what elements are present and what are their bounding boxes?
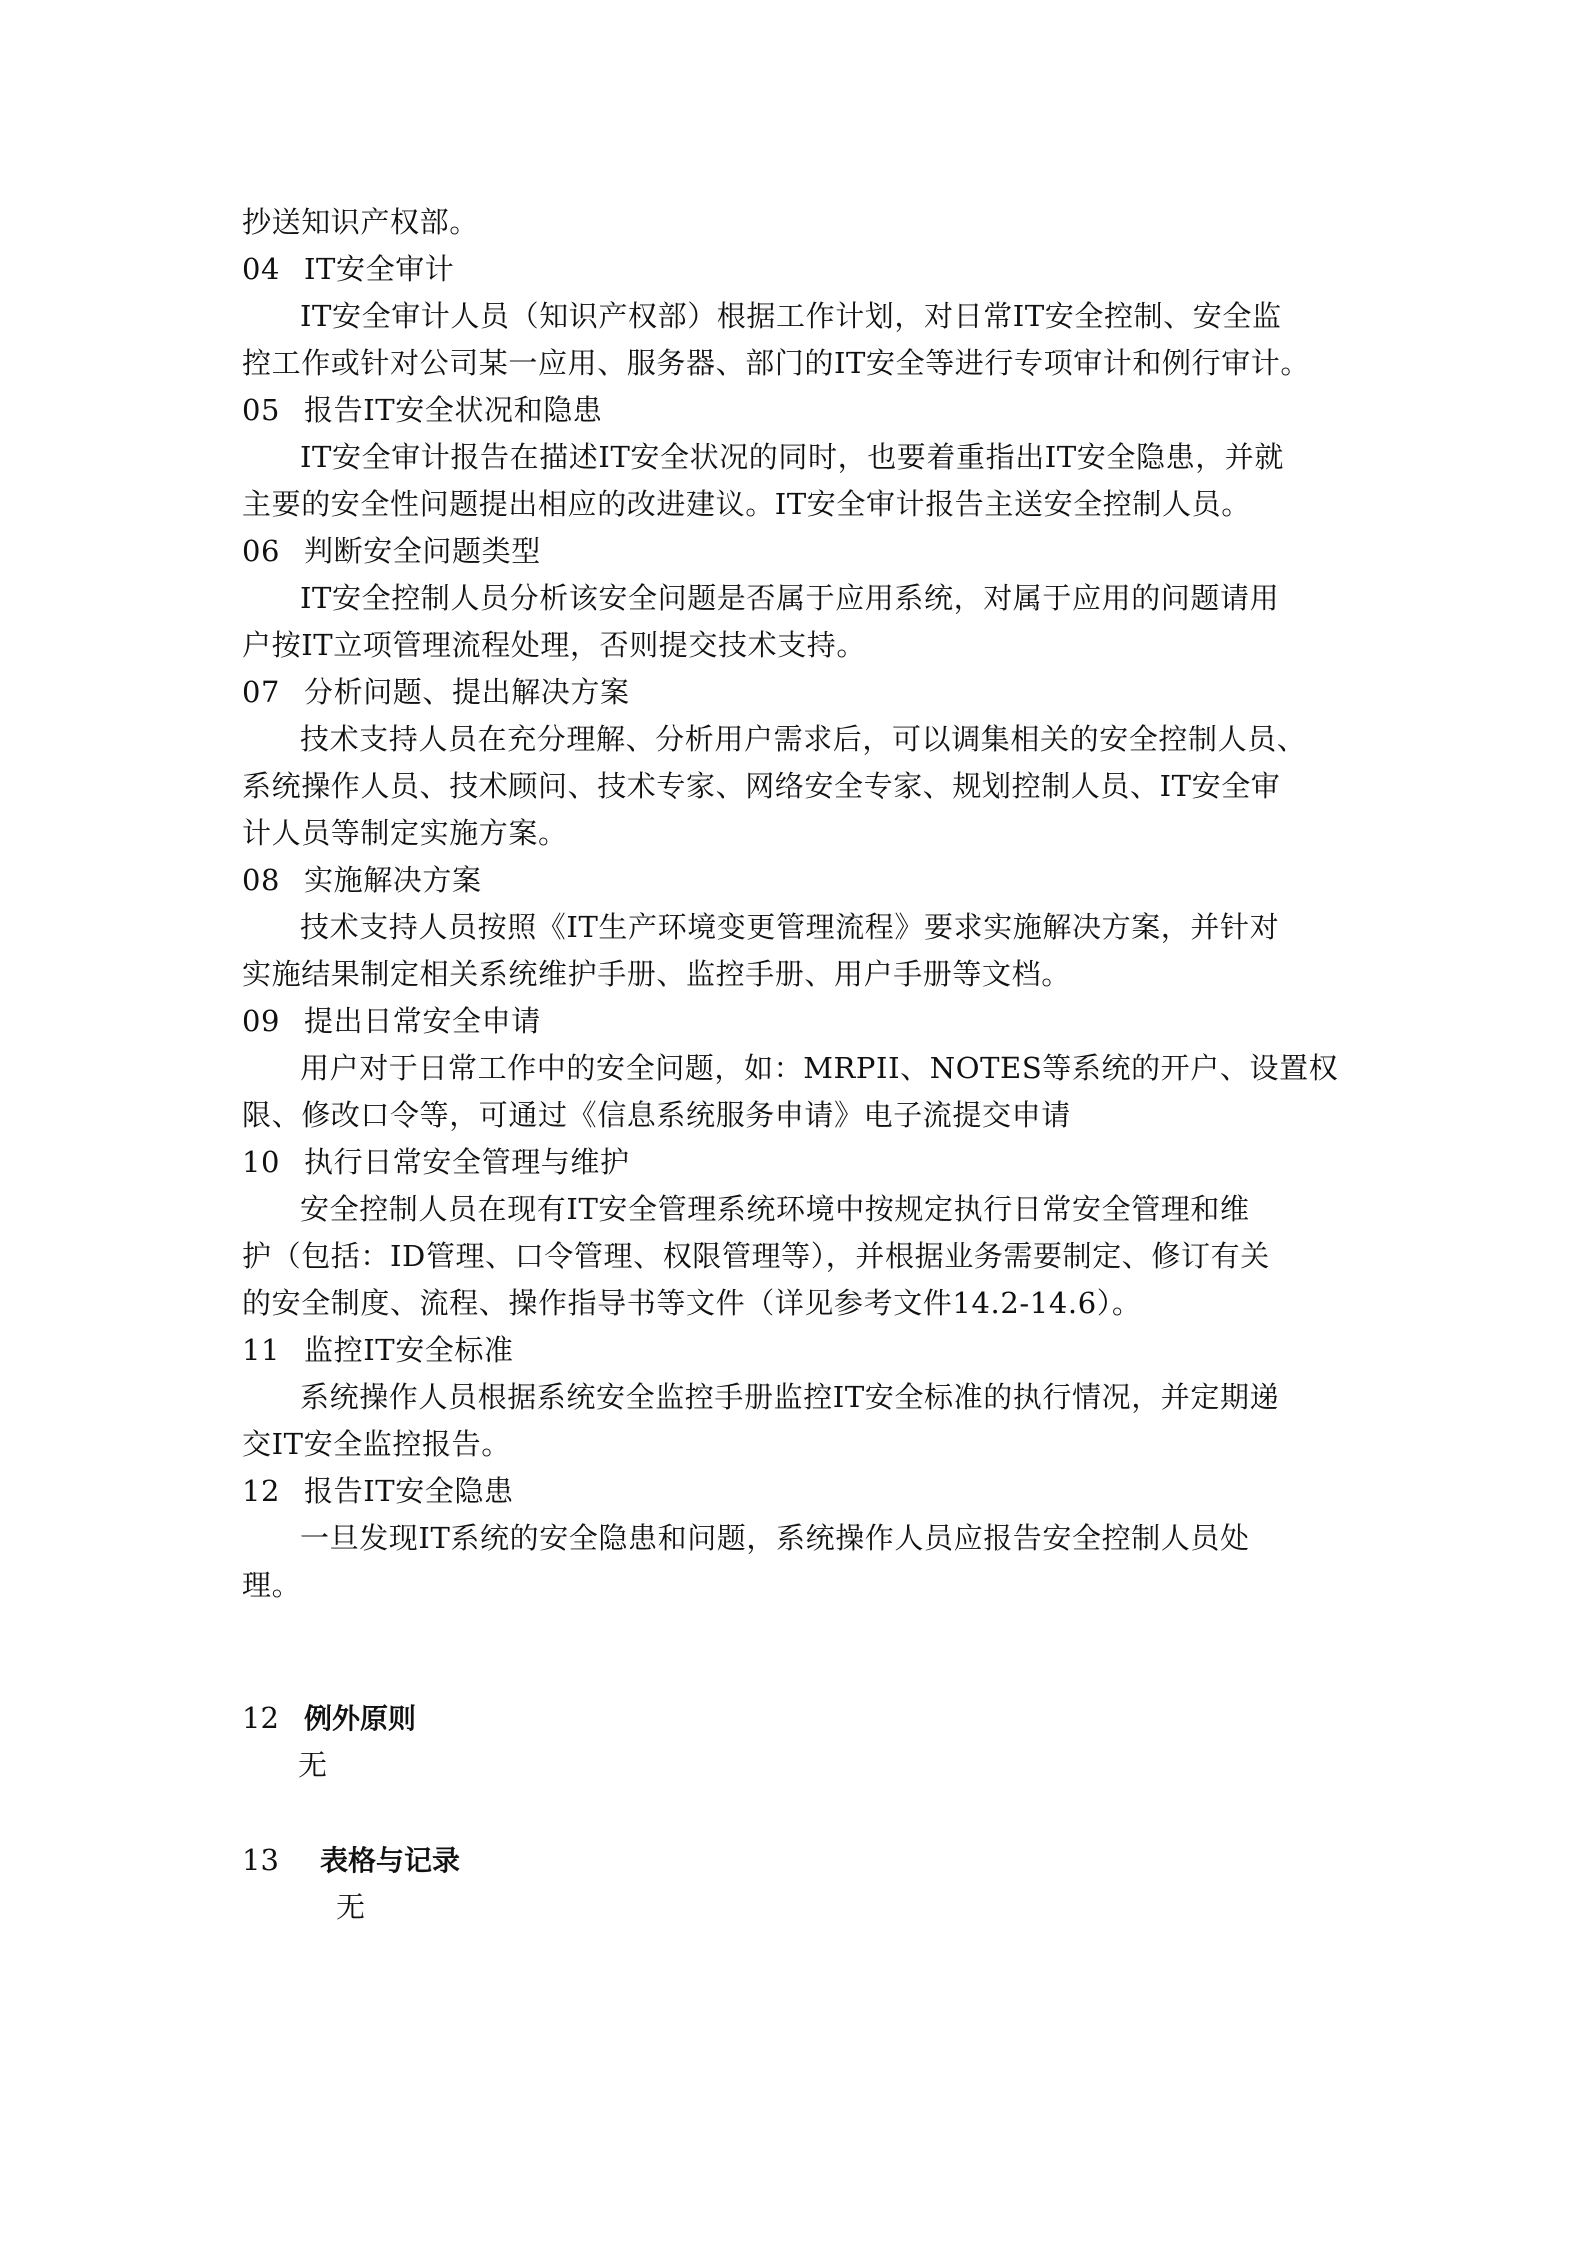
step-title: 报告IT安全状况和隐患 [304, 393, 602, 427]
step-body-line: 户按IT立项管理流程处理，否则提交技术支持。 [242, 622, 1348, 669]
step-body-line: 实施结果制定相关系统维护手册、监控手册、用户手册等文档。 [242, 951, 1348, 998]
step-heading: 08实施解决方案 [242, 857, 1348, 904]
step-body-line: 交IT安全监控报告。 [242, 1421, 1348, 1468]
step-heading: 10执行日常安全管理与维护 [242, 1139, 1348, 1186]
step-number: 04 [242, 246, 304, 293]
step-body-line: 技术支持人员在充分理解、分析用户需求后，可以调集相关的安全控制人员、 [242, 716, 1348, 763]
continuation-text: 抄送知识产权部。 [242, 199, 1348, 246]
step-body-line: 一旦发现IT系统的安全隐患和问题，系统操作人员应报告安全控制人员处 [242, 1515, 1348, 1562]
step-number: 08 [242, 857, 304, 904]
section-heading: 12例外原则 [242, 1695, 1348, 1742]
step-08: 08实施解决方案 技术支持人员按照《IT生产环境变更管理流程》要求实施解决方案，… [242, 857, 1348, 998]
step-12: 12报告IT安全隐患 一旦发现IT系统的安全隐患和问题，系统操作人员应报告安全控… [242, 1468, 1348, 1609]
step-body-line: 安全控制人员在现有IT安全管理系统环境中按规定执行日常安全管理和维 [242, 1186, 1348, 1233]
step-05: 05报告IT安全状况和隐患 IT安全审计报告在描述IT安全状况的同时，也要着重指… [242, 387, 1348, 528]
section-body: 无 [242, 1884, 1348, 1931]
section-gap [242, 1609, 1348, 1695]
section-number: 12 [242, 1695, 304, 1742]
step-number: 10 [242, 1139, 304, 1186]
step-number: 09 [242, 998, 304, 1045]
step-body-line: IT安全审计报告在描述IT安全状况的同时，也要着重指出IT安全隐患，并就 [242, 434, 1348, 481]
step-body-line: 护（包括：ID管理、口令管理、权限管理等），并根据业务需要制定、修订有关 [242, 1233, 1348, 1280]
step-body-line: 计人员等制定实施方案。 [242, 810, 1348, 857]
step-heading: 04IT安全审计 [242, 246, 1348, 293]
step-body-line: 限、修改口令等，可通过《信息系统服务申请》电子流提交申请 [242, 1092, 1348, 1139]
step-body-line: 系统操作人员、技术顾问、技术专家、网络安全专家、规划控制人员、IT安全审 [242, 763, 1348, 810]
step-title: 判断安全问题类型 [304, 534, 541, 568]
step-body-line: 控工作或针对公司某一应用、服务器、部门的IT安全等进行专项审计和例行审计。 [242, 340, 1348, 387]
step-number: 11 [242, 1327, 304, 1374]
step-heading: 09提出日常安全申请 [242, 998, 1348, 1045]
step-body-line: 理。 [242, 1562, 1348, 1609]
step-body-line: 主要的安全性问题提出相应的改进建议。IT安全审计报告主送安全控制人员。 [242, 481, 1348, 528]
step-title: 实施解决方案 [304, 863, 482, 897]
step-heading: 06判断安全问题类型 [242, 528, 1348, 575]
step-body-line: IT安全审计人员（知识产权部）根据工作计划，对日常IT安全控制、安全监 [242, 293, 1348, 340]
section-heading: 13表格与记录 [242, 1837, 1348, 1884]
step-body-line: 的安全制度、流程、操作指导书等文件（详见参考文件14.2-14.6）。 [242, 1280, 1348, 1327]
step-title: 提出日常安全申请 [304, 1004, 541, 1038]
step-heading: 11监控IT安全标准 [242, 1327, 1348, 1374]
step-heading: 12报告IT安全隐患 [242, 1468, 1348, 1515]
section-number: 13 [242, 1837, 320, 1884]
section-gap [242, 1789, 1348, 1837]
section-title: 表格与记录 [320, 1844, 460, 1877]
step-10: 10执行日常安全管理与维护 安全控制人员在现有IT安全管理系统环境中按规定执行日… [242, 1139, 1348, 1327]
step-title: 报告IT安全隐患 [304, 1474, 514, 1508]
step-07: 07分析问题、提出解决方案 技术支持人员在充分理解、分析用户需求后，可以调集相关… [242, 669, 1348, 857]
step-06: 06判断安全问题类型 IT安全控制人员分析该安全问题是否属于应用系统，对属于应用… [242, 528, 1348, 669]
section-title: 例外原则 [304, 1702, 416, 1735]
section-exceptions: 12例外原则 无 [242, 1695, 1348, 1789]
step-number: 06 [242, 528, 304, 575]
section-forms-records: 13表格与记录 无 [242, 1837, 1348, 1931]
step-body-line: 系统操作人员根据系统安全监控手册监控IT安全标准的执行情况，并定期递 [242, 1374, 1348, 1421]
step-title: 监控IT安全标准 [304, 1333, 514, 1367]
step-04: 04IT安全审计 IT安全审计人员（知识产权部）根据工作计划，对日常IT安全控制… [242, 246, 1348, 387]
step-number: 12 [242, 1468, 304, 1515]
step-body-line: 用户对于日常工作中的安全问题，如：MRPII、NOTES等系统的开户、设置权 [242, 1045, 1348, 1092]
step-heading: 05报告IT安全状况和隐患 [242, 387, 1348, 434]
step-number: 05 [242, 387, 304, 434]
step-body-line: IT安全控制人员分析该安全问题是否属于应用系统，对属于应用的问题请用 [242, 575, 1348, 622]
step-number: 07 [242, 669, 304, 716]
step-title: 执行日常安全管理与维护 [304, 1145, 630, 1179]
section-body: 无 [242, 1742, 1348, 1789]
step-09: 09提出日常安全申请 用户对于日常工作中的安全问题，如：MRPII、NOTES等… [242, 998, 1348, 1139]
step-body-line: 技术支持人员按照《IT生产环境变更管理流程》要求实施解决方案，并针对 [242, 904, 1348, 951]
step-heading: 07分析问题、提出解决方案 [242, 669, 1348, 716]
step-11: 11监控IT安全标准 系统操作人员根据系统安全监控手册监控IT安全标准的执行情况… [242, 1327, 1348, 1468]
step-title: IT安全审计 [304, 252, 454, 286]
step-title: 分析问题、提出解决方案 [304, 675, 630, 709]
document-page: 抄送知识产权部。 04IT安全审计 IT安全审计人员（知识产权部）根据工作计划，… [242, 199, 1348, 1931]
